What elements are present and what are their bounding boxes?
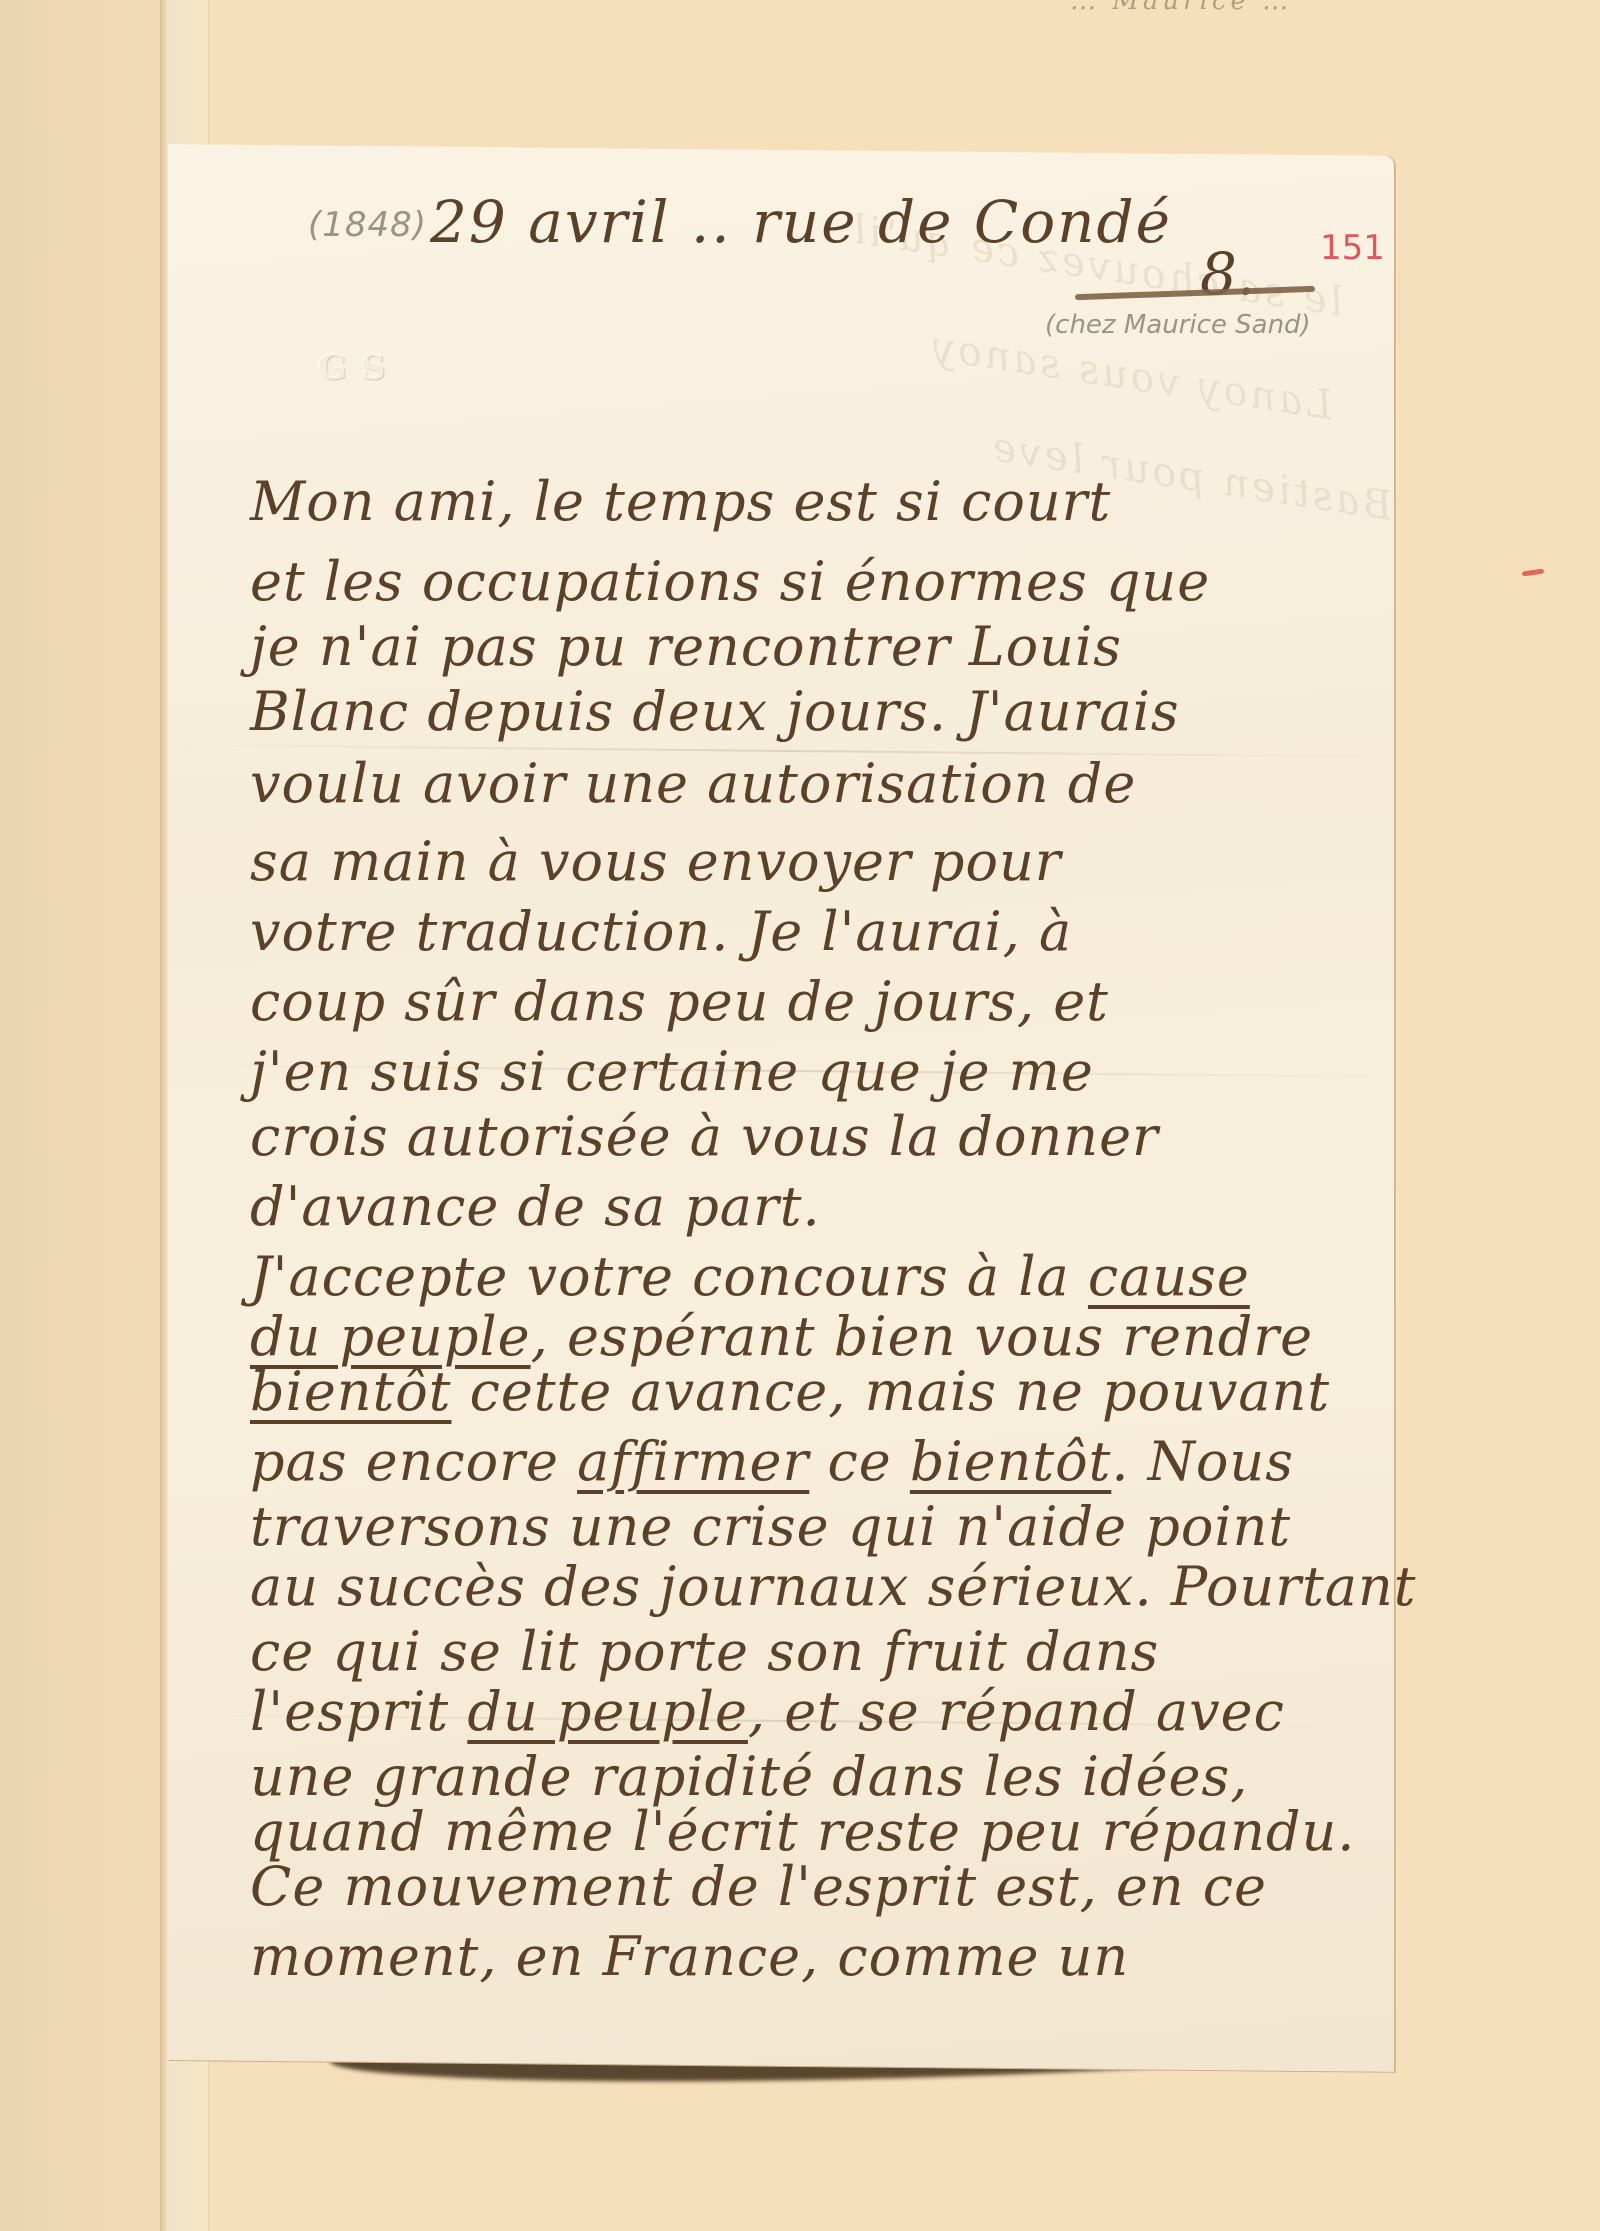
year-pencil-note: (1848) bbox=[308, 205, 427, 245]
body-line: bientôt cette avance, mais ne pouvant bbox=[250, 1360, 1330, 1423]
body-line: J'accepte votre concours à la cause bbox=[250, 1245, 1250, 1308]
underlined-word: affirmer bbox=[577, 1430, 809, 1493]
previous-page-fragment: … Maurice … bbox=[1070, 0, 1590, 10]
body-line: Mon ami, le temps est si court bbox=[250, 470, 1111, 533]
folio-number: 151 bbox=[1320, 228, 1385, 268]
body-line: quand même l'écrit reste peu répandu. bbox=[250, 1800, 1355, 1863]
house-number: 8. bbox=[1200, 240, 1255, 308]
location-pencil-note: (chez Maurice Sand) bbox=[1045, 310, 1311, 340]
body-line: coup sûr dans peu de jours, et bbox=[250, 970, 1109, 1033]
underlined-word: du peuple bbox=[250, 1305, 531, 1368]
embossed-monogram: GS bbox=[318, 348, 400, 388]
body-line: Ce mouvement de l'esprit est, en ce bbox=[250, 1855, 1267, 1918]
album-gutter bbox=[160, 0, 165, 2231]
body-line: du peuple, espérant bien vous rendre bbox=[250, 1305, 1313, 1368]
body-line: au succès des journaux sérieux. Pourtant bbox=[250, 1555, 1416, 1618]
body-line: votre traduction. Je l'aurai, à bbox=[250, 900, 1072, 963]
body-line: d'avance de sa part. bbox=[250, 1175, 821, 1238]
body-line: je n'ai pas pu rencontrer Louis bbox=[250, 615, 1122, 678]
body-line: moment, en France, comme un bbox=[250, 1925, 1129, 1988]
body-line: et les occupations si énormes que bbox=[250, 550, 1210, 613]
body-line: une grande rapidité dans les idées, bbox=[250, 1745, 1248, 1808]
date-and-address: 29 avril .. rue de Condé bbox=[430, 188, 1172, 256]
underlined-word: bientôt bbox=[250, 1360, 451, 1423]
body-line: crois autorisée à vous la donner bbox=[250, 1105, 1159, 1168]
underlined-word: cause bbox=[1088, 1245, 1250, 1308]
body-line: voulu avoir une autorisation de bbox=[250, 752, 1136, 815]
body-line: l'esprit du peuple, et se répand avec bbox=[250, 1680, 1285, 1743]
body-line: ce qui se lit porte son fruit dans bbox=[250, 1620, 1159, 1683]
body-line: sa main à vous envoyer pour bbox=[250, 830, 1062, 893]
underlined-word: du peuple bbox=[467, 1680, 748, 1743]
body-line: j'en suis si certaine que je me bbox=[250, 1040, 1094, 1103]
underlined-word: bientôt bbox=[910, 1430, 1111, 1493]
body-line: Blanc depuis deux jours. J'aurais bbox=[250, 680, 1180, 743]
body-line: pas encore affirmer ce bientôt. Nous bbox=[250, 1430, 1294, 1493]
body-line: traversons une crise qui n'aide point bbox=[250, 1495, 1291, 1558]
